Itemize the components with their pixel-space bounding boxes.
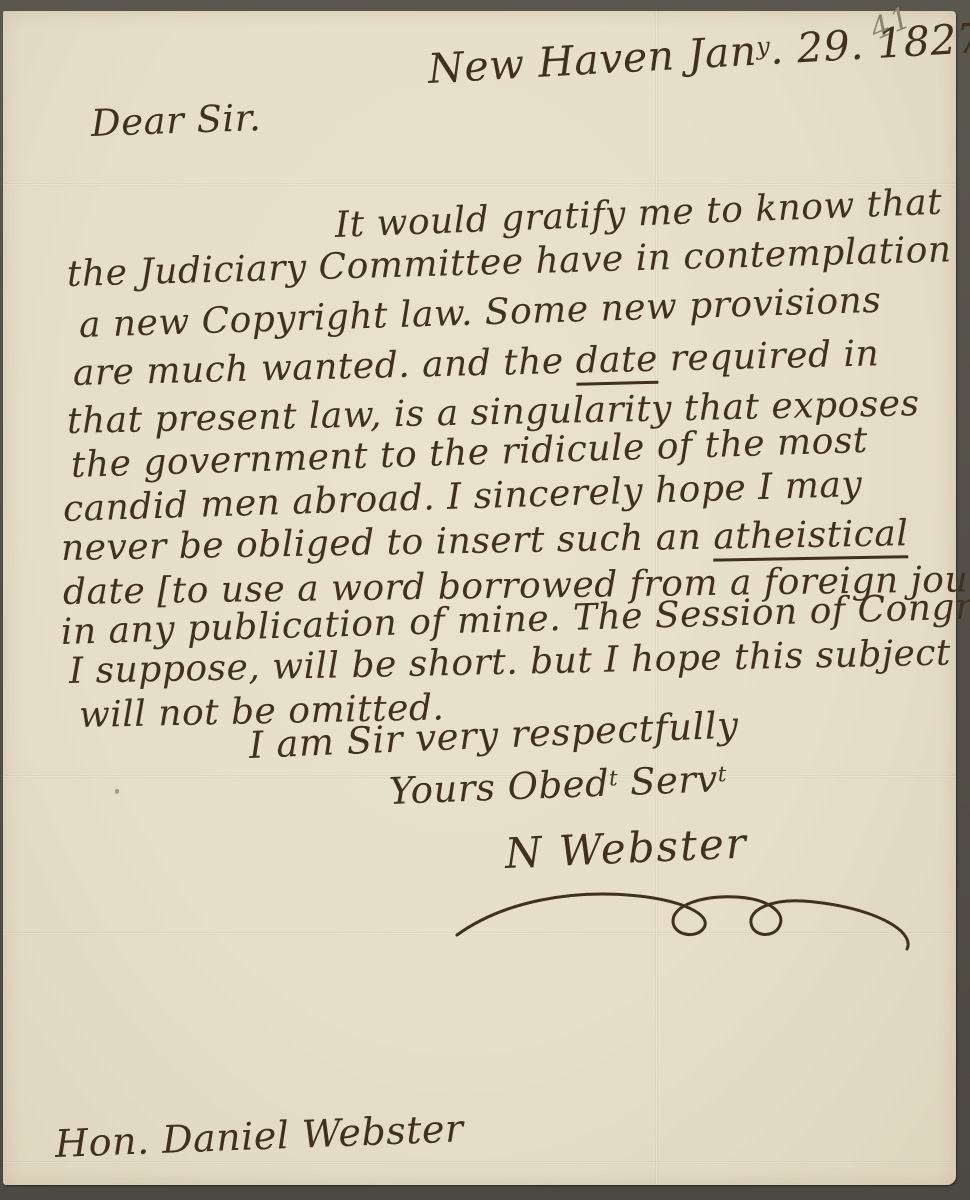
closing-text: Serv <box>617 757 719 804</box>
signature-flourish <box>451 873 919 955</box>
fold-crease-horizontal-1 <box>3 183 956 186</box>
signature: N Webster <box>504 822 749 875</box>
letter-page: 41 New Haven Jany. 29. 1827 Dear Sir. It… <box>3 11 956 1185</box>
closing-line: Yours Obedt Servt <box>388 760 727 810</box>
closing-text: Yours Obed <box>388 762 610 813</box>
letter-line: are much wanted. and the date required i… <box>73 336 880 392</box>
closing-superscript: t <box>717 762 727 787</box>
recipient-address: Hon. Daniel Webster <box>54 1109 464 1163</box>
letter-text: are much wanted. and the <box>72 341 576 394</box>
underlined-word: date <box>575 339 658 386</box>
letter-line: a new Copyright law. Some new provisions <box>78 283 881 344</box>
scan-background: 41 New Haven Jany. 29. 1827 Dear Sir. It… <box>0 0 970 1200</box>
dateline-text: New Haven Jan <box>427 27 758 93</box>
underlined-word: atheistical <box>713 513 909 561</box>
letter-text: required in <box>657 333 879 379</box>
paper-speck <box>115 789 119 794</box>
dateline-text: . 29. 1827 <box>769 14 970 74</box>
dateline: New Haven Jany. 29. 1827 <box>427 18 970 90</box>
salutation: Dear Sir. <box>90 99 261 142</box>
